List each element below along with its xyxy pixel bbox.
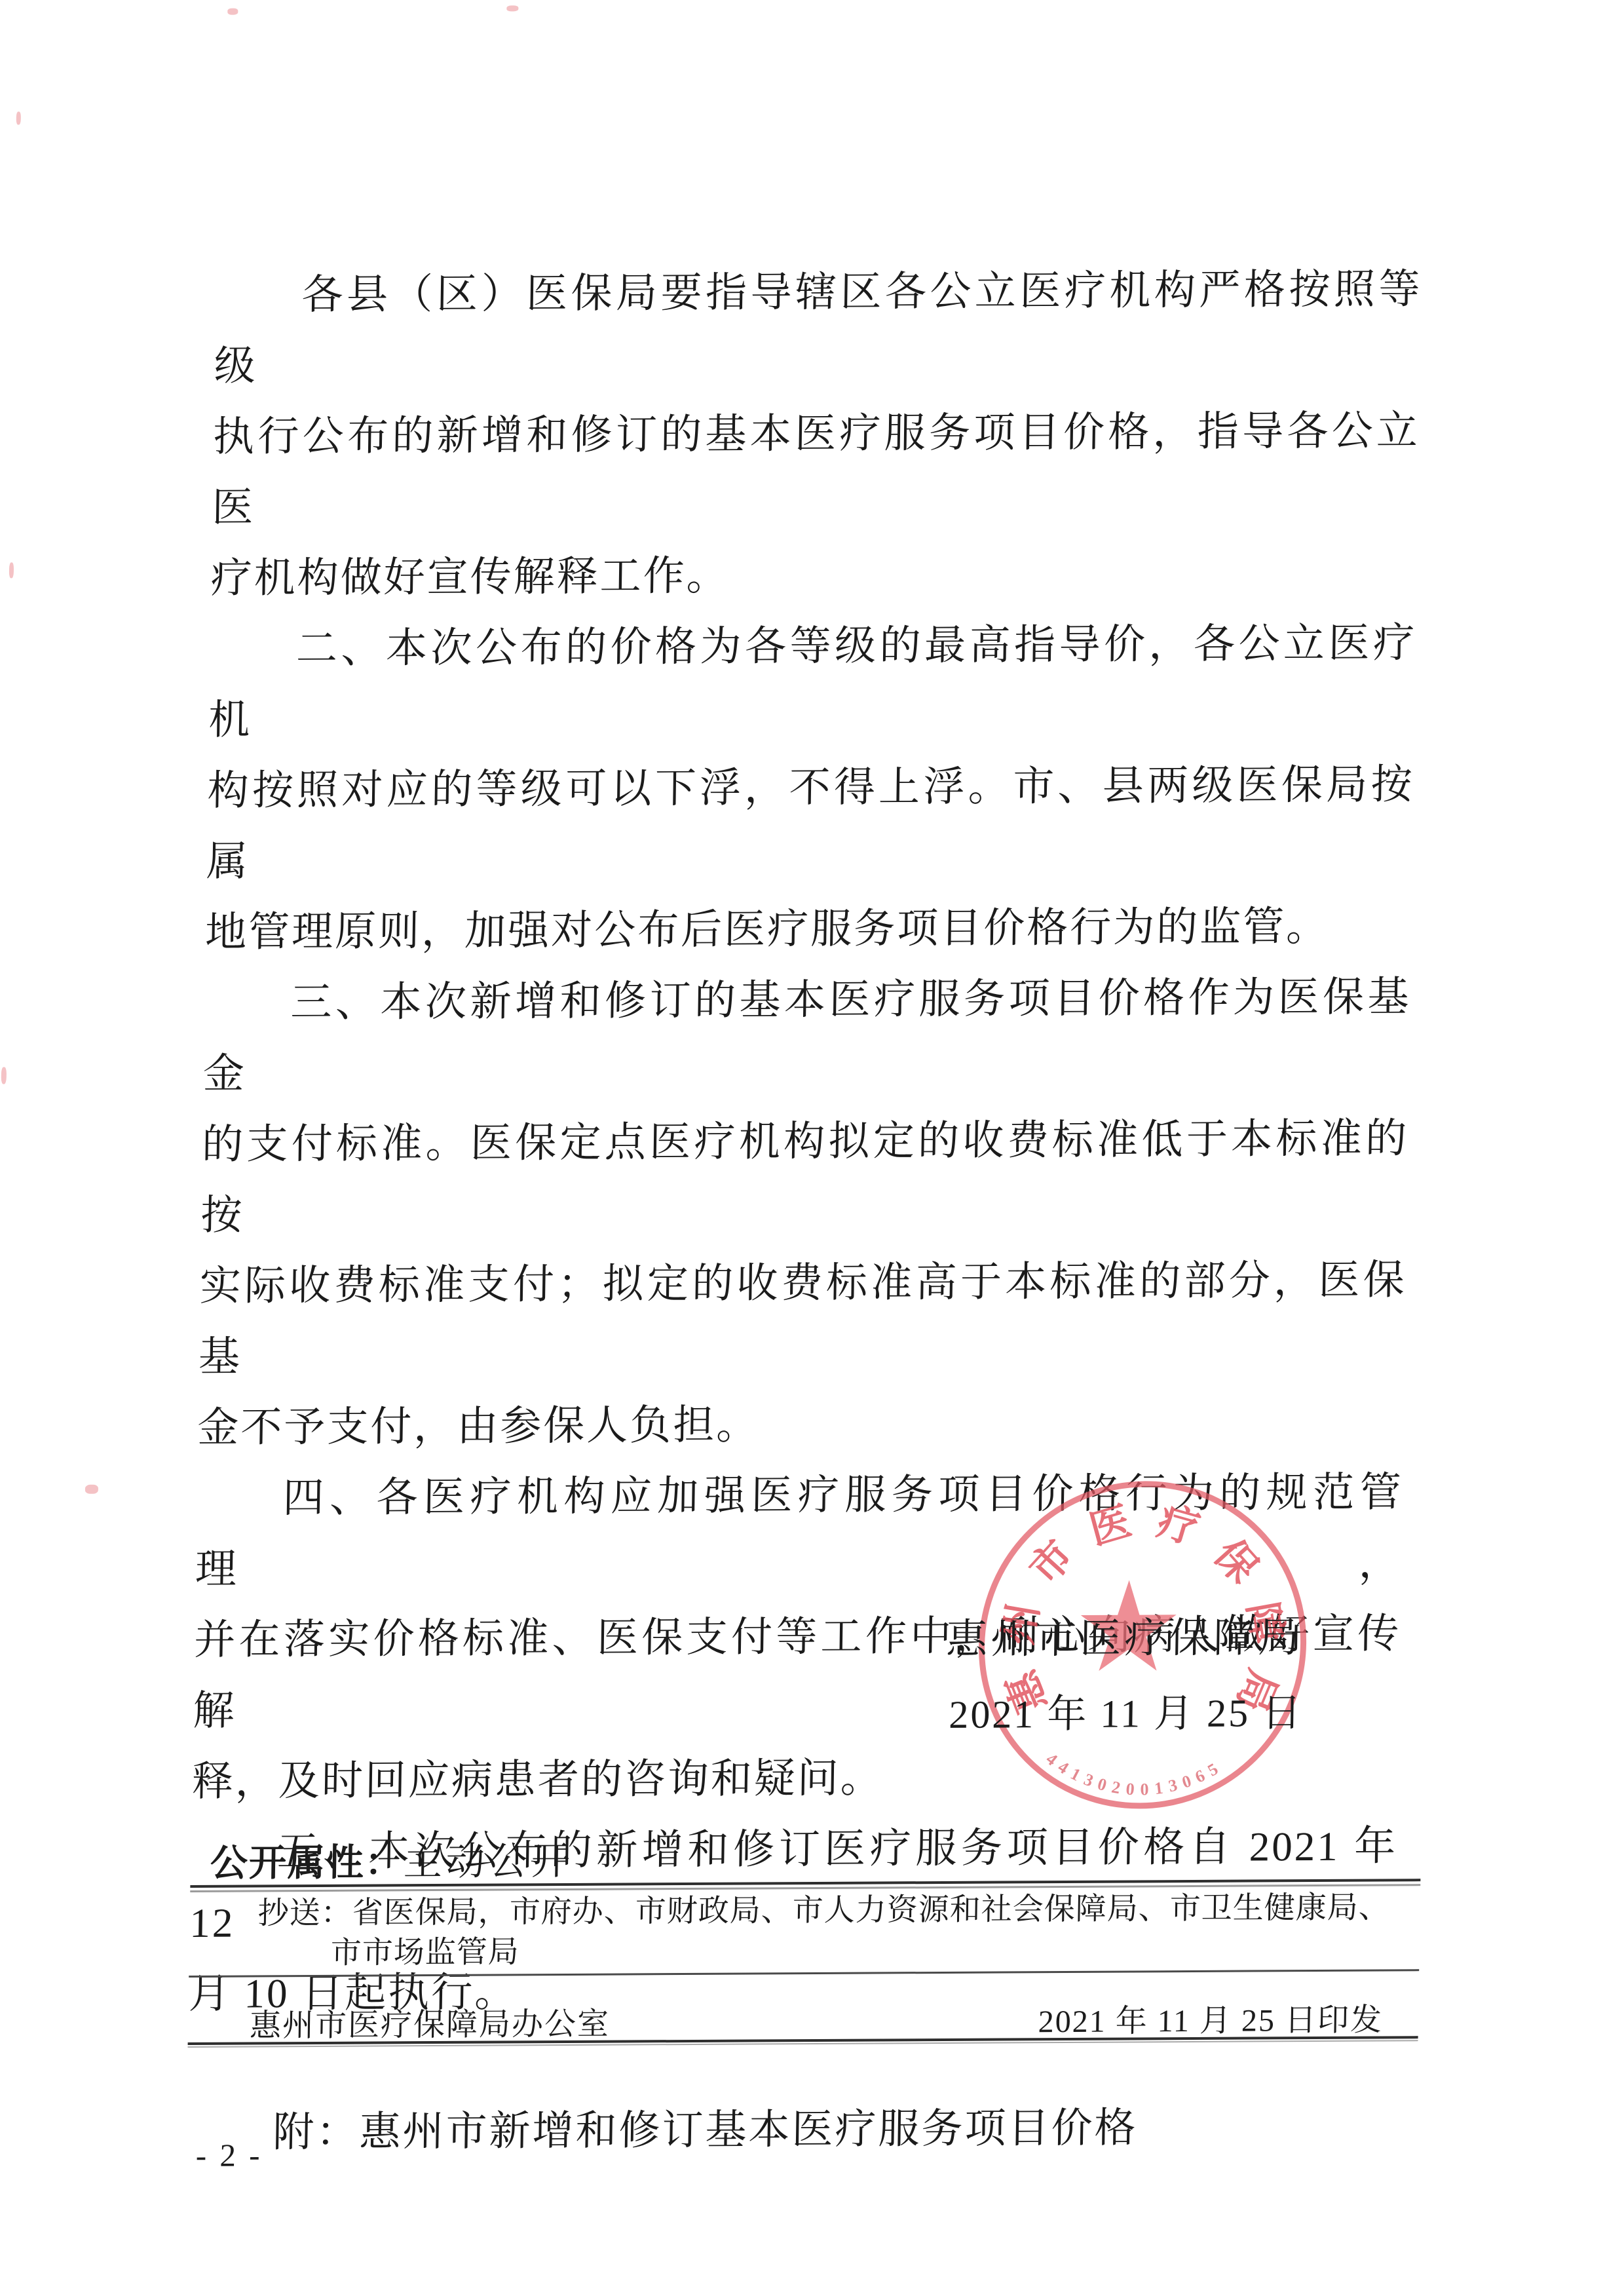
issue-date: 2021 年 11 月 25 日 — [949, 1681, 1304, 1740]
text-line: 各县（区）医保局要指导辖区各公立医疗机构严格按照等级 — [214, 254, 1422, 402]
scanned-content: 各县（区）医保局要指导辖区各公立医疗机构严格按照等级 执行公布的新增和修订的基本… — [0, 0, 1624, 2296]
disclosure-attribute-label: 公开属性： — [210, 1841, 404, 1885]
text-line: 三、本次新增和修订的基本医疗服务项目价格作为医保基金 — [202, 961, 1411, 1109]
cc-label: 抄送： — [257, 1896, 352, 1931]
text-line: 疗机构做好宣传解释工作。 — [210, 537, 1418, 614]
text-line: 二、本次公布的价格为各等级的最高指导价，各公立医疗机 — [208, 607, 1417, 756]
cc-recipients: 省医保局，市府办、市财政局、市人力资源和社会保障局、市卫生健康局、 — [352, 1890, 1390, 1930]
issuing-office: 惠州市医疗保障局办公室 — [250, 1999, 611, 2046]
cc-line: 抄送：省医保局，市府办、市财政局、市人力资源和社会保障局、市卫生健康局、 — [257, 1888, 1411, 1934]
print-date: 2021 年 11 月 25 日印发 — [1038, 1994, 1383, 2041]
text-line: 构按照对应的等级可以下浮，不得上浮。市、县两级医保局按属 — [206, 749, 1414, 897]
scan-artifact — [1, 1067, 7, 1084]
scan-artifact — [506, 5, 518, 11]
text-line: 的支付标准。医保定点医疗机构拟定的收费标准低于本标准的按 — [200, 1103, 1409, 1251]
document-page: 各县（区）医保局要指导辖区各公立医疗机构严格按照等级 执行公布的新增和修订的基本… — [0, 0, 1624, 2296]
cc-block: 抄送：省医保局，市府办、市财政局、市人力资源和社会保障局、市卫生健康局、 市市场… — [257, 1888, 1411, 1974]
text-line: 执行公布的新增和修订的基本医疗服务项目价格，指导各公立医 — [212, 395, 1420, 543]
cc-line: 市市场监管局 — [257, 1928, 1410, 1974]
text-line: 金不予支付，由参保人负担。 — [197, 1386, 1405, 1463]
scan-artifact — [9, 562, 14, 578]
issuer-name: 惠州市医疗保障局 — [946, 1604, 1303, 1666]
disclosure-attribute: 公开属性：主动公开 — [210, 1829, 574, 1887]
disclosure-attribute-value: 主动公开 — [403, 1839, 574, 1883]
scan-artifact — [227, 9, 238, 15]
paragraph: 各县（区）医保局要指导辖区各公立医疗机构严格按照等级 执行公布的新增和修订的基本… — [210, 254, 1422, 614]
text-line: 地管理原则，加强对公布后医疗服务项目价格行为的监管。 — [204, 890, 1412, 968]
attachment-line: 附：惠州市新增和修订基本医疗服务项目价格 — [186, 2091, 1394, 2168]
paragraph: 二、本次公布的价格为各等级的最高指导价，各公立医疗机 构按照对应的等级可以下浮，… — [204, 607, 1416, 968]
scan-artifact — [16, 111, 21, 124]
paragraph: 三、本次新增和修订的基本医疗服务项目价格作为医保基金 的支付标准。医保定点医疗机… — [197, 961, 1412, 1463]
page-number: - 2 - — [195, 2136, 263, 2174]
text-line: 实际收费标准支付；拟定的收费标准高于本标准的部分，医保基 — [198, 1244, 1407, 1392]
scan-artifact — [85, 1485, 98, 1494]
